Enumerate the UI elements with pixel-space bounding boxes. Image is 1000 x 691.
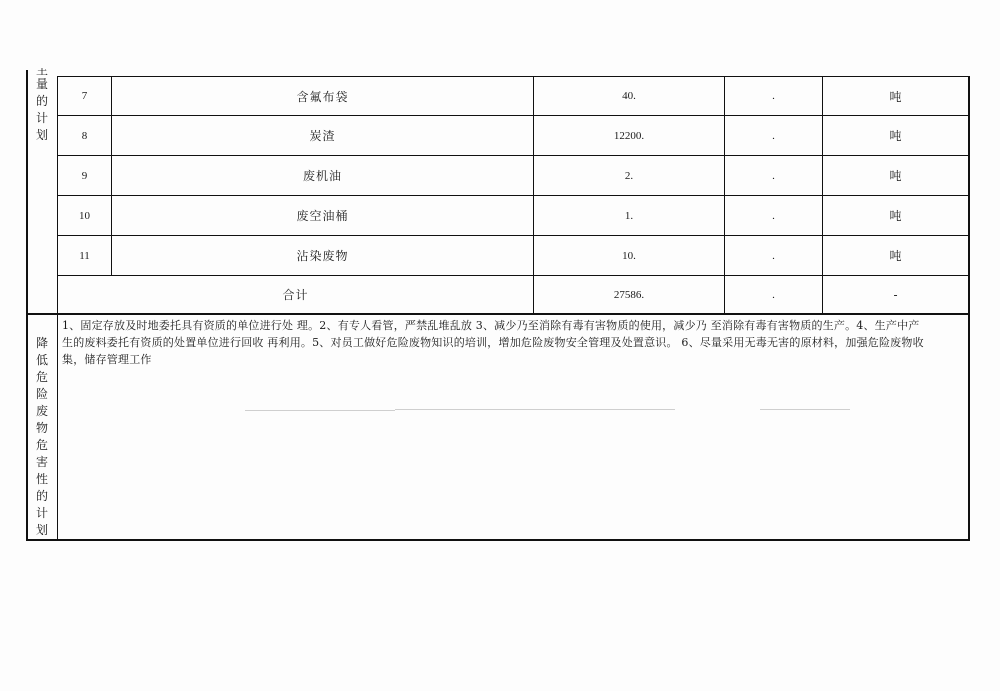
side-label-char: 物 bbox=[26, 420, 58, 437]
scan-artifact bbox=[760, 409, 850, 410]
side-label-char: 计 bbox=[26, 110, 58, 127]
waste-unit: 吨 bbox=[823, 156, 968, 195]
side-label-char: 险 bbox=[26, 386, 58, 403]
section-1-side-label: 主 量 的 计 划 bbox=[26, 68, 58, 144]
row-number: 7 bbox=[58, 77, 111, 115]
waste-name: 炭渣 bbox=[112, 116, 533, 155]
side-label-char: 划 bbox=[26, 127, 58, 144]
document-page: 主 量 的 计 划 7 含氟布袋 40. . 吨 8 炭渣 12200. . 吨… bbox=[0, 0, 1000, 691]
waste-quantity: 10. bbox=[534, 236, 724, 275]
row-number: 8 bbox=[58, 116, 111, 155]
waste-unit: 吨 bbox=[823, 77, 968, 115]
scan-artifact bbox=[395, 409, 675, 410]
side-label-char: 性 bbox=[26, 471, 58, 488]
side-label-char: 的 bbox=[26, 93, 58, 110]
total-label: 合计 bbox=[58, 276, 533, 313]
side-label-char: 危 bbox=[26, 369, 58, 386]
frame-right-border bbox=[968, 76, 970, 541]
side-label-char: 主 bbox=[26, 68, 58, 76]
plan-line: 1、固定存放及时地委托具有资质的单位进行处 理。2、有专人看管，严禁乱堆乱放 3… bbox=[62, 317, 968, 334]
waste-name: 废空油桶 bbox=[112, 196, 533, 235]
waste-other: . bbox=[725, 77, 822, 115]
side-label-char: 废 bbox=[26, 403, 58, 420]
waste-name: 含氟布袋 bbox=[112, 77, 533, 115]
waste-name: 沾染废物 bbox=[112, 236, 533, 275]
section-2-side-label: 降 低 危 险 废 物 危 害 性 的 计 划 bbox=[26, 335, 58, 539]
row-number: 10 bbox=[58, 196, 111, 235]
total-unit: - bbox=[823, 276, 968, 313]
waste-other: . bbox=[725, 236, 822, 275]
waste-quantity: 2. bbox=[534, 156, 724, 195]
waste-other: . bbox=[725, 196, 822, 235]
waste-other: . bbox=[725, 116, 822, 155]
total-quantity: 27586. bbox=[534, 276, 724, 313]
waste-unit: 吨 bbox=[823, 196, 968, 235]
waste-quantity: 1. bbox=[534, 196, 724, 235]
waste-unit: 吨 bbox=[823, 116, 968, 155]
plan-line: 生的废料委托有资质的处置单位进行回收 再利用。5、对员工做好危险废物知识的培训，… bbox=[62, 334, 968, 351]
side-label-char: 害 bbox=[26, 454, 58, 471]
total-other: . bbox=[725, 276, 822, 313]
side-label-char: 划 bbox=[26, 522, 58, 539]
scan-artifact bbox=[245, 410, 395, 411]
waste-name: 废机油 bbox=[112, 156, 533, 195]
row-number: 9 bbox=[58, 156, 111, 195]
side-label-char: 计 bbox=[26, 505, 58, 522]
side-label-char: 降 bbox=[26, 335, 58, 352]
side-label-char: 的 bbox=[26, 488, 58, 505]
frame-bottom-border bbox=[26, 539, 970, 541]
side-label-char: 量 bbox=[26, 76, 58, 93]
side-label-char: 危 bbox=[26, 437, 58, 454]
plan-line: 集，储存管理工作 bbox=[62, 351, 968, 368]
waste-unit: 吨 bbox=[823, 236, 968, 275]
section-divider bbox=[26, 313, 970, 315]
row-number: 11 bbox=[58, 236, 111, 275]
waste-quantity: 40. bbox=[534, 77, 724, 115]
waste-quantity: 12200. bbox=[534, 116, 724, 155]
hazard-reduction-plan-text: 1、固定存放及时地委托具有资质的单位进行处 理。2、有专人看管，严禁乱堆乱放 3… bbox=[62, 317, 968, 368]
waste-other: . bbox=[725, 156, 822, 195]
side-label-char: 低 bbox=[26, 352, 58, 369]
